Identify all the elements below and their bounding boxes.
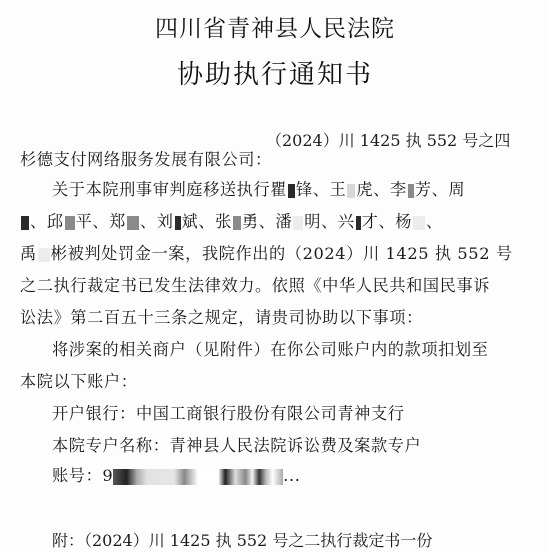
redacted-name	[293, 216, 303, 230]
paragraph-1-line-3: 禹彬被判处罚金一案，我院作出的（2024）川 1425 执 552 号	[20, 244, 513, 264]
redacted-name	[408, 184, 414, 198]
account-name-value: 青神县人民法院诉讼费及案款专户	[170, 436, 422, 455]
account-number-label: 账号：	[52, 466, 102, 485]
document-title: 协助执行通知书	[0, 54, 550, 91]
redacted-name	[175, 216, 181, 230]
account-number-visible: 9	[102, 466, 113, 485]
redacted-name	[38, 248, 50, 262]
redacted-name	[21, 216, 29, 230]
bank-value: 中国工商银行股份有限公司青神支行	[136, 404, 405, 423]
account-name-line: 本院专户名称：青神县人民法院诉讼费及案款专户	[52, 436, 421, 456]
redacted-name	[127, 216, 139, 230]
case-number: （2024）川 1425 执 552 号之四	[266, 128, 510, 151]
bank-label: 开户银行：	[52, 404, 136, 423]
account-number-suffix: ...	[283, 466, 300, 485]
paragraph-1-line-4: 之二执行裁定书已发生法律效力。依照《中华人民共和国民事诉	[20, 276, 490, 296]
redacted-account-number	[113, 469, 283, 485]
redacted-name	[233, 216, 241, 230]
bank-line: 开户银行：中国工商银行股份有限公司青神支行	[52, 404, 405, 424]
paragraph-2-line-1: 将涉案的相关商户（见附件）在你公司账户内的款项扣划至	[52, 340, 488, 360]
redacted-name	[65, 216, 75, 230]
paragraph-2-line-2: 本院以下账户：	[20, 372, 138, 392]
paragraph-1-line-1: 关于本院刑事审判庭移送执行瞿锋、王虎、李芳、周	[52, 180, 465, 200]
notice-document: 四川省青神县人民法院 协助执行通知书 （2024）川 1425 执 552 号之…	[0, 0, 550, 553]
redacted-name	[288, 184, 295, 198]
account-number-line: 账号：9...	[52, 466, 301, 486]
paragraph-1-line-5: 讼法》第二百五十三条之规定，请贵司协助以下事项：	[20, 308, 423, 328]
redacted-name	[347, 184, 355, 198]
redacted-name	[356, 216, 361, 230]
redacted-name	[413, 216, 425, 230]
account-name-label: 本院专户名称：	[52, 436, 170, 455]
paragraph-1-line-2: 、邱平、郑、刘斌、张勇、潘明、兴才、杨、	[20, 212, 443, 232]
recipient: 杉德支付网络服务发展有限公司：	[20, 150, 272, 170]
court-name: 四川省青神县人民法院	[0, 10, 550, 43]
attachment-note: 附：（2024）川 1425 执 552 号之二执行裁定书一份	[52, 528, 432, 551]
